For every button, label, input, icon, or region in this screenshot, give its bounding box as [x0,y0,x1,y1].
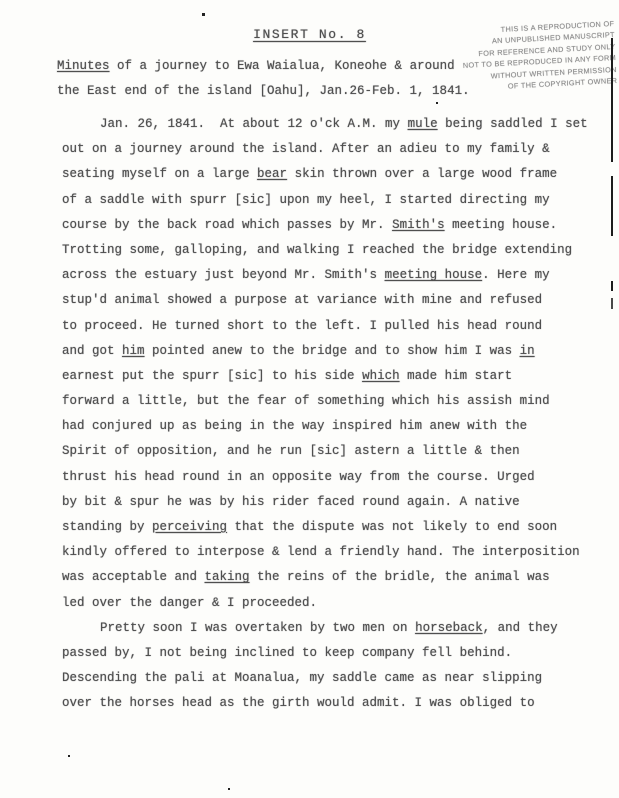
body-line: standing by perceiving that the dispute … [62,515,574,540]
body-line: of a saddle with spurr [sic] upon my hee… [62,188,574,213]
text-segment: of a saddle with spurr [sic] upon my hee… [62,193,550,207]
text-segment: made him start [400,369,513,383]
scan-edge-line [611,176,613,236]
body-line: across the estuary just beyond Mr. Smith… [62,263,574,288]
manuscript-body: Jan. 26, 1841. At about 12 o'ck A.M. my … [62,112,574,717]
text-segment: Jan. 26, 1841. At about 12 o'ck A.M. my [100,117,408,131]
underlined-word: in [520,344,535,358]
body-line: passed by, I not being inclined to keep … [62,641,574,666]
text-segment: standing by [62,520,152,534]
underlined-word: meeting house [385,268,483,282]
text-segment: across the estuary just beyond Mr. Smith… [62,268,385,282]
scan-speck [68,755,70,757]
underlined-word: him [122,344,145,358]
text-segment: to proceed. He turned short to the left.… [62,319,542,333]
text-segment: . Here my [482,268,550,282]
text-segment: that the dispute was not likely to end s… [227,520,557,534]
text-segment: Trotting some, galloping, and walking I … [62,243,572,257]
text-segment: stup'd animal showed a purpose at varian… [62,293,542,307]
underlined-word: perceiving [152,520,227,534]
scan-edge-line [611,298,613,309]
body-line: stup'd animal showed a purpose at varian… [62,288,574,313]
text-segment: kindly offered to interpose & lend a fri… [62,545,580,559]
scan-edge-line [611,38,613,162]
text-segment: Spirit of opposition, and he run [sic] a… [62,444,520,458]
scanned-manuscript-page: INSERT No. 8 Minutes of a journey to Ewa… [0,0,619,798]
text-segment: , and they [483,621,558,635]
body-line: course by the back road which passes by … [62,213,574,238]
underlined-word: which [362,369,400,383]
text-segment: course by the back road which passes by … [62,218,392,232]
text-segment: meeting house. [445,218,558,232]
body-line: out on a journey around the island. Afte… [62,137,574,162]
scan-speck [202,13,205,16]
text-segment: skin thrown over a large wood frame [287,167,557,181]
body-line: Pretty soon I was overtaken by two men o… [62,616,574,641]
text-segment: thrust his head round in an opposite way… [62,470,535,484]
body-line: led over the danger & I proceeded. [62,591,574,616]
text-segment: and got [62,344,122,358]
body-line: kindly offered to interpose & lend a fri… [62,540,574,565]
scan-edge-line [611,281,613,291]
scan-speck [436,102,438,104]
text-segment: over the horses head as the girth would … [62,696,535,710]
text-segment: pointed anew to the bridge and to show h… [145,344,520,358]
body-line: Trotting some, galloping, and walking I … [62,238,574,263]
text-segment: the reins of the bridle, the animal was [250,570,550,584]
body-line: seating myself on a large bear skin thro… [62,162,574,187]
underlined-word: Minutes [57,59,110,73]
text-segment: out on a journey around the island. Afte… [62,142,550,156]
copyright-stamp: THIS IS A REPRODUCTION OFAN UNPUBLISHED … [384,18,617,98]
text-segment: by bit & spur he was by his rider faced … [62,495,520,509]
text-segment: was acceptable and [62,570,205,584]
body-line: had conjured up as being in the way insp… [62,414,574,439]
underlined-word: taking [205,570,250,584]
scan-speck [228,788,230,790]
text-segment: passed by, I not being inclined to keep … [62,646,512,660]
text-segment: seating myself on a large [62,167,257,181]
body-line: was acceptable and taking the reins of t… [62,565,574,590]
body-line: Descending the pali at Moanalua, my sadd… [62,666,574,691]
underlined-word: mule [408,117,438,131]
body-line: to proceed. He turned short to the left.… [62,314,574,339]
underlined-word: Smith's [392,218,445,232]
text-segment: forward a little, but the fear of someth… [62,394,550,408]
body-line: over the horses head as the girth would … [62,691,574,716]
text-segment: had conjured up as being in the way insp… [62,419,527,433]
body-line: Spirit of opposition, and he run [sic] a… [62,439,574,464]
text-segment: led over the danger & I proceeded. [62,596,317,610]
body-line: forward a little, but the fear of someth… [62,389,574,414]
underlined-word: bear [257,167,287,181]
text-segment: Pretty soon I was overtaken by two men o… [100,621,415,635]
body-line: Jan. 26, 1841. At about 12 o'ck A.M. my … [62,112,574,137]
text-segment: being saddled I set [438,117,588,131]
text-segment: Descending the pali at Moanalua, my sadd… [62,671,542,685]
body-line: earnest put the spurr [sic] to his side … [62,364,574,389]
body-line: by bit & spur he was by his rider faced … [62,490,574,515]
body-line: and got him pointed anew to the bridge a… [62,339,574,364]
body-line: thrust his head round in an opposite way… [62,465,574,490]
underlined-word: horseback [415,621,483,635]
text-segment: earnest put the spurr [sic] to his side [62,369,362,383]
